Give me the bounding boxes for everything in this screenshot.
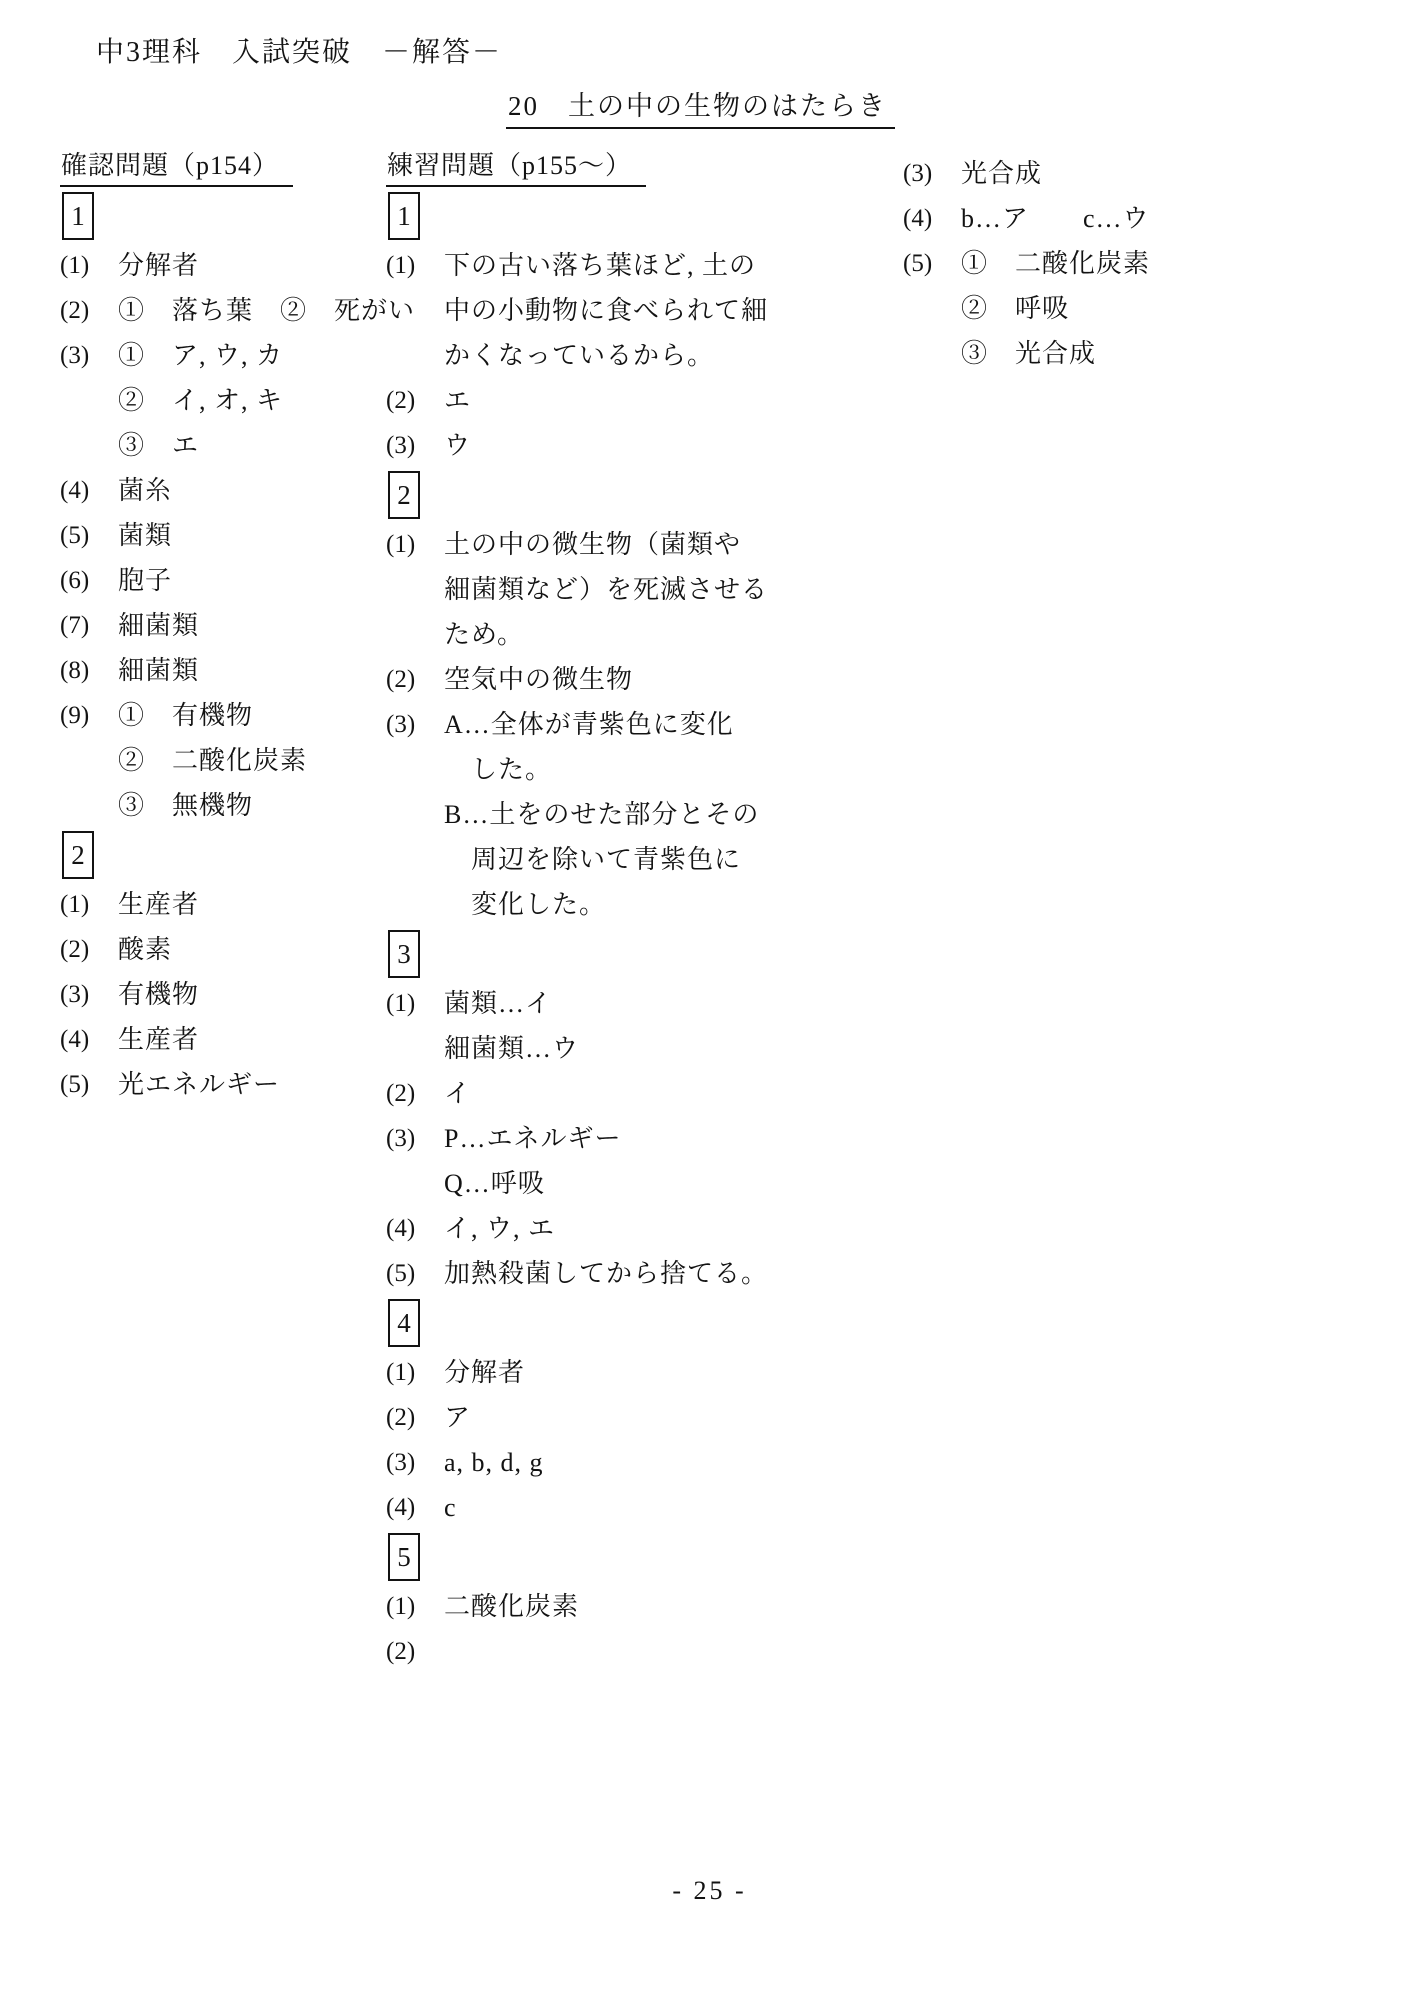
answer-content: ① ア, ウ, カ② イ, オ, キ③ エ	[118, 333, 390, 468]
answer-content: 生産者	[118, 1017, 390, 1062]
answer-label: (2)	[386, 1071, 444, 1116]
answer-item: (3)有機物	[60, 972, 390, 1017]
answer-label: (1)	[60, 243, 118, 288]
answer-content: 細菌類	[118, 648, 390, 693]
answer-label: (3)	[386, 423, 444, 468]
answer-line: A…全体が青紫色に変化	[444, 702, 759, 747]
answer-content: 分解者	[444, 1350, 721, 1395]
answer-line: 生産者	[118, 882, 390, 927]
answer-content: ① 二酸化炭素② 呼吸③ 光合成	[961, 241, 1233, 376]
answer-item: (2)イ	[386, 1071, 721, 1116]
answer-line: エ	[444, 378, 721, 423]
answer-line: ウ	[444, 423, 721, 468]
answer-item: (9)① 有機物② 二酸化炭素③ 無機物	[60, 693, 390, 828]
answer-line: 中の小動物に食べられて細	[444, 288, 768, 333]
answer-item: (3)P…エネルギーQ…呼吸	[386, 1116, 721, 1206]
answer-item: (1)菌類…イ細菌類…ウ	[386, 981, 721, 1071]
answer-line: 生産者	[118, 1017, 390, 1062]
answer-content: エ	[444, 378, 721, 423]
answer-line: かくなっているから。	[444, 333, 768, 378]
practice-problems-heading: 練習問題（p155～）	[386, 145, 646, 187]
answer-label: (3)	[60, 972, 118, 1017]
answer-line: 変化した。	[444, 882, 759, 927]
section-title: 20 土の中の生物のはたらき	[506, 84, 895, 129]
answer-line: 有機物	[118, 972, 390, 1017]
answer-line: 細菌類…ウ	[444, 1026, 721, 1071]
answer-line	[444, 1629, 721, 1674]
answer-label: (4)	[60, 1017, 118, 1062]
answer-line: イ	[444, 1071, 721, 1116]
answer-content: c	[444, 1485, 721, 1530]
answer-content: 光エネルギー	[118, 1062, 390, 1107]
answer-line: した。	[444, 747, 759, 792]
answer-item: (5)① 二酸化炭素② 呼吸③ 光合成	[903, 241, 1233, 376]
column-confirmation-problems: 確認問題（p154） 1(1)分解者(2)① 落ち葉 ② 死がい(3)① ア, …	[60, 145, 390, 1107]
answer-content: ① 落ち葉 ② 死がい	[118, 288, 415, 333]
answer-item: (1)下の古い落ち葉ほど, 土の中の小動物に食べられて細かくなっているから。	[386, 243, 721, 378]
column-practice-problems-continued: (3)光合成(4)b…ア c…ウ(5)① 二酸化炭素② 呼吸③ 光合成	[903, 145, 1233, 376]
answer-content: 菌類…イ細菌類…ウ	[444, 981, 721, 1071]
answer-content: 下の古い落ち葉ほど, 土の中の小動物に食べられて細かくなっているから。	[444, 243, 768, 378]
answer-label: (6)	[60, 558, 118, 603]
answer-label: (4)	[60, 468, 118, 513]
answer-line: c	[444, 1485, 721, 1530]
answer-label: (7)	[60, 603, 118, 648]
answer-label: (3)	[60, 333, 118, 378]
answer-content: イ	[444, 1071, 721, 1116]
problem-box-number: 1	[388, 192, 420, 240]
answer-label: (1)	[386, 1350, 444, 1395]
answer-line: 周辺を除いて青紫色に	[444, 837, 759, 882]
answer-line: ① 有機物	[118, 693, 390, 738]
answer-label: (4)	[903, 196, 961, 241]
problem-box-number: 3	[388, 930, 420, 978]
answer-item: (1)分解者	[386, 1350, 721, 1395]
answer-line: 酸素	[118, 927, 390, 972]
practice-problems-answers-continued: (3)光合成(4)b…ア c…ウ(5)① 二酸化炭素② 呼吸③ 光合成	[903, 151, 1233, 376]
answer-item: (3)A…全体が青紫色に変化 した。B…土をのせた部分とその 周辺を除いて青紫色…	[386, 702, 721, 927]
answer-label: (1)	[60, 882, 118, 927]
answer-line: b…ア c…ウ	[961, 196, 1233, 241]
answer-item: (3)a, b, d, g	[386, 1440, 721, 1485]
answer-item: (4)b…ア c…ウ	[903, 196, 1233, 241]
answer-content: 空気中の微生物	[444, 657, 721, 702]
answer-line: 菌類…イ	[444, 981, 721, 1026]
answer-item: (8)細菌類	[60, 648, 390, 693]
answer-line: B…土をのせた部分とその	[444, 792, 759, 837]
answer-line: 光エネルギー	[118, 1062, 390, 1107]
page-number: - 25 -	[0, 1876, 1419, 1906]
answer-label: (1)	[386, 981, 444, 1026]
answer-line: P…エネルギー	[444, 1116, 721, 1161]
answer-label: (2)	[386, 1395, 444, 1440]
answer-line: ① 落ち葉 ② 死がい	[118, 288, 415, 333]
answer-line: 菌糸	[118, 468, 390, 513]
practice-problems-answers: 1(1)下の古い落ち葉ほど, 土の中の小動物に食べられて細かくなっているから。(…	[386, 192, 721, 1674]
answer-line: a, b, d, g	[444, 1440, 721, 1485]
answer-line: Q…呼吸	[444, 1161, 721, 1206]
answer-content: 菌類	[118, 513, 390, 558]
answer-label: (9)	[60, 693, 118, 738]
answer-item: (4)c	[386, 1485, 721, 1530]
answer-line: ① 二酸化炭素	[961, 241, 1233, 286]
answer-label: (2)	[386, 657, 444, 702]
answer-line: ため。	[444, 612, 768, 657]
answer-line: 細菌類など）を死滅させる	[444, 567, 768, 612]
answer-item: (2)	[386, 1629, 721, 1674]
answer-content: A…全体が青紫色に変化 した。B…土をのせた部分とその 周辺を除いて青紫色に 変…	[444, 702, 759, 927]
answer-item: (1)土の中の微生物（菌類や細菌類など）を死滅させるため。	[386, 522, 721, 657]
problem-box-number: 2	[62, 831, 94, 879]
answer-label: (5)	[386, 1251, 444, 1296]
answer-item: (4)菌糸	[60, 468, 390, 513]
answer-line: ② 呼吸	[961, 286, 1233, 331]
answer-item: (3)① ア, ウ, カ② イ, オ, キ③ エ	[60, 333, 390, 468]
answer-line: 加熱殺菌してから捨てる。	[444, 1251, 768, 1296]
answer-line: ③ 無機物	[118, 783, 390, 828]
problem-box-number: 2	[388, 471, 420, 519]
problem-box-number: 5	[388, 1533, 420, 1581]
answer-label: (1)	[386, 522, 444, 567]
answer-line: 下の古い落ち葉ほど, 土の	[444, 243, 768, 288]
answer-content: 二酸化炭素	[444, 1584, 721, 1629]
answer-content: ① 有機物② 二酸化炭素③ 無機物	[118, 693, 390, 828]
page-title: 中3理科 入試突破 －解答－	[96, 30, 502, 70]
answer-label: (3)	[386, 1440, 444, 1485]
answer-item: (3)光合成	[903, 151, 1233, 196]
answer-line: 胞子	[118, 558, 390, 603]
answer-label: (2)	[60, 927, 118, 972]
confirmation-problems-heading: 確認問題（p154）	[60, 145, 293, 187]
answer-item: (3)ウ	[386, 423, 721, 468]
answer-label: (3)	[386, 702, 444, 747]
answer-label: (2)	[60, 288, 118, 333]
answer-label: (3)	[903, 151, 961, 196]
answer-label: (3)	[386, 1116, 444, 1161]
answer-item: (7)細菌類	[60, 603, 390, 648]
answer-line: ③ エ	[118, 423, 390, 468]
answer-item: (4)イ, ウ, エ	[386, 1206, 721, 1251]
answer-line: 菌類	[118, 513, 390, 558]
answer-item: (5)加熱殺菌してから捨てる。	[386, 1251, 721, 1296]
answer-line: ③ 光合成	[961, 331, 1233, 376]
answer-line: ② イ, オ, キ	[118, 378, 390, 423]
answer-item: (1)生産者	[60, 882, 390, 927]
answer-label: (1)	[386, 1584, 444, 1629]
answer-item: (5)光エネルギー	[60, 1062, 390, 1107]
answer-item: (1)分解者	[60, 243, 390, 288]
answer-label: (4)	[386, 1206, 444, 1251]
answer-content: 加熱殺菌してから捨てる。	[444, 1251, 768, 1296]
answer-content: b…ア c…ウ	[961, 196, 1233, 241]
answer-item: (2)ア	[386, 1395, 721, 1440]
answer-item: (5)菌類	[60, 513, 390, 558]
answer-line: ① ア, ウ, カ	[118, 333, 390, 378]
problem-box-number: 4	[388, 1299, 420, 1347]
answer-line: ア	[444, 1395, 721, 1440]
answer-label: (5)	[60, 513, 118, 558]
answer-label: (5)	[60, 1062, 118, 1107]
answer-content: 分解者	[118, 243, 390, 288]
answer-line: 二酸化炭素	[444, 1584, 721, 1629]
answer-line: 細菌類	[118, 648, 390, 693]
answer-item: (6)胞子	[60, 558, 390, 603]
answer-label: (8)	[60, 648, 118, 693]
answer-line: 分解者	[118, 243, 390, 288]
answer-content: イ, ウ, エ	[444, 1206, 721, 1251]
answer-content: 土の中の微生物（菌類や細菌類など）を死滅させるため。	[444, 522, 768, 657]
answer-content: 生産者	[118, 882, 390, 927]
answer-content: 有機物	[118, 972, 390, 1017]
answer-label: (4)	[386, 1485, 444, 1530]
answer-item: (2)エ	[386, 378, 721, 423]
answer-content: 光合成	[961, 151, 1233, 196]
answer-item: (2)① 落ち葉 ② 死がい	[60, 288, 390, 333]
answer-item: (2)酸素	[60, 927, 390, 972]
answer-line: 細菌類	[118, 603, 390, 648]
answer-content: ウ	[444, 423, 721, 468]
problem-box-number: 1	[62, 192, 94, 240]
answer-line: 土の中の微生物（菌類や	[444, 522, 768, 567]
answer-line: ② 二酸化炭素	[118, 738, 390, 783]
answer-label: (1)	[386, 243, 444, 288]
answer-line: 空気中の微生物	[444, 657, 721, 702]
answer-content: ア	[444, 1395, 721, 1440]
answer-content: 菌糸	[118, 468, 390, 513]
answer-content: P…エネルギーQ…呼吸	[444, 1116, 721, 1206]
answer-item: (4)生産者	[60, 1017, 390, 1062]
answer-line: 光合成	[961, 151, 1233, 196]
column-practice-problems: 練習問題（p155～） 1(1)下の古い落ち葉ほど, 土の中の小動物に食べられて…	[386, 145, 721, 1674]
answer-line: 分解者	[444, 1350, 721, 1395]
confirmation-problems-answers: 1(1)分解者(2)① 落ち葉 ② 死がい(3)① ア, ウ, カ② イ, オ,…	[60, 192, 390, 1107]
answer-content	[444, 1629, 721, 1674]
answer-label: (2)	[386, 1629, 444, 1674]
answer-content: 酸素	[118, 927, 390, 972]
answer-item: (2)空気中の微生物	[386, 657, 721, 702]
answer-content: a, b, d, g	[444, 1440, 721, 1485]
answer-label: (2)	[386, 378, 444, 423]
answer-content: 胞子	[118, 558, 390, 603]
answer-line: イ, ウ, エ	[444, 1206, 721, 1251]
answer-label: (5)	[903, 241, 961, 286]
answer-item: (1)二酸化炭素	[386, 1584, 721, 1629]
answer-content: 細菌類	[118, 603, 390, 648]
